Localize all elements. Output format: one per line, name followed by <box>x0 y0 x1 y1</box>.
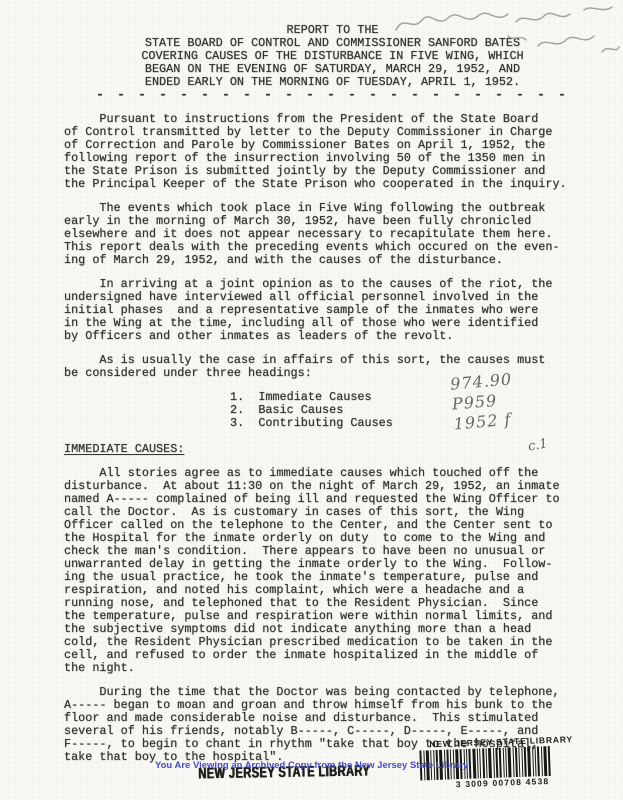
immediate-causes-heading: IMMEDIATE CAUSES: <box>64 443 577 456</box>
handwritten-scribble <box>388 2 620 64</box>
typed-report-body: REPORT TO THE STATE BOARD OF CONTROL AND… <box>0 0 623 800</box>
paragraph-events: The events which took place in Five Wing… <box>64 202 577 267</box>
pencil-call-number: 974.90 P959 1952 f <box>450 369 517 434</box>
archive-copy-notice: You Are Viewing an Archived Copy from th… <box>0 760 623 771</box>
scanned-document-page: REPORT TO THE STATE BOARD OF CONTROL AND… <box>0 0 623 800</box>
paragraph-all-stories: All stories agree as to immediate causes… <box>64 467 577 675</box>
paragraph-pursuant: Pursuant to instructions from the Presid… <box>64 113 577 191</box>
causes-numbered-list: 1. Immediate Causes 2. Basic Causes 3. C… <box>230 391 577 430</box>
title-divider-dashes: - - - - - - - - - - - - - - - - - - - - … <box>76 89 589 102</box>
paragraph-joint-opinion: In arriving at a joint opinion as to the… <box>64 278 577 343</box>
